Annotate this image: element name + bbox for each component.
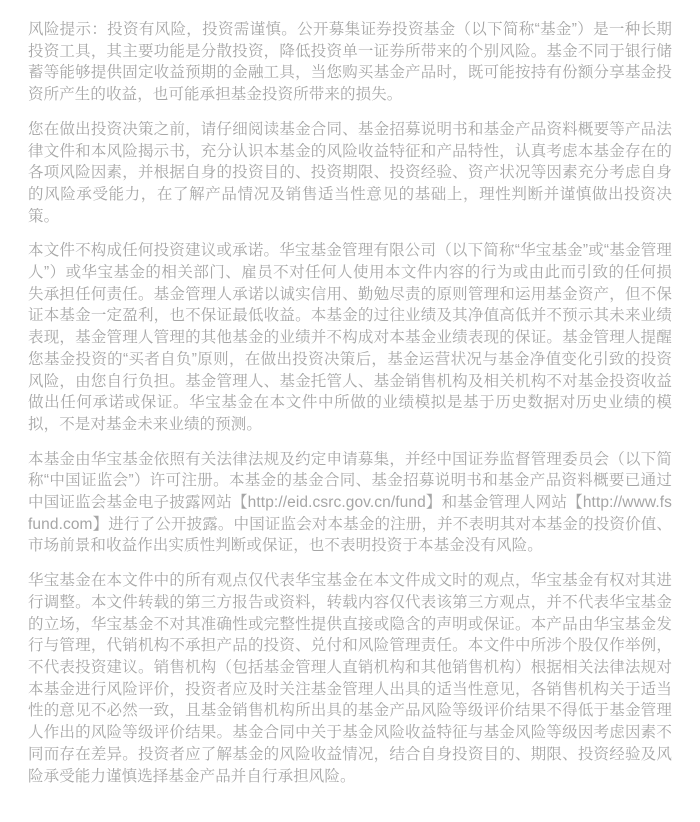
risk-disclosure-document: 风险提示：投资有风险，投资需谨慎。公开募集证券投资基金（以下简称“基金”）是一种…: [0, 0, 700, 822]
viewpoints-and-suitability-paragraph: 华宝基金在本文件中的所有观点仅代表华宝基金在本文件成文时的观点，华宝基金有权对其…: [28, 570, 672, 787]
pre-investment-reading-paragraph: 您在做出投资决策之前，请仔细阅读基金合同、基金招募说明书和基金产品资料概要等产品…: [28, 119, 672, 228]
risk-warning-paragraph: 风险提示：投资有风险，投资需谨慎。公开募集证券投资基金（以下简称“基金”）是一种…: [28, 19, 672, 106]
registration-disclosure-paragraph: 本基金由华宝基金依照有关法律法规及约定申请募集，并经中国证券监督管理委员会（以下…: [28, 449, 672, 558]
no-advice-disclaimer-paragraph: 本文件不构成任何投资建议或承诺。华宝基金管理有限公司（以下简称“华宝基金”或“基…: [28, 240, 672, 435]
